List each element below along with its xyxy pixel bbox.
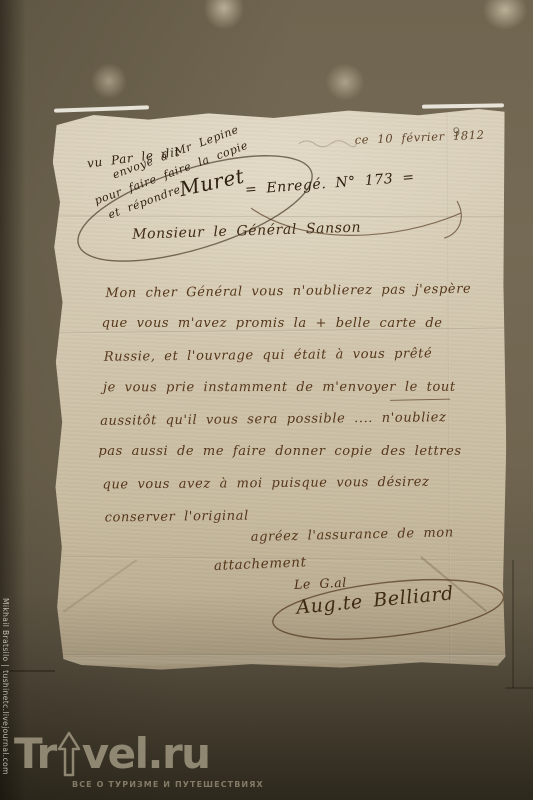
watermark-tagline: ВСЕ О ТУРИЗМЕ И ПУТЕШЕСТВИЯХ xyxy=(72,780,264,789)
watermark-brand: Trvel.ru xyxy=(14,731,264,777)
bokeh-light-2 xyxy=(474,0,533,38)
photo-credit-vertical: Mikhail Bratsilo | tushinetc.livejournal… xyxy=(1,598,10,775)
bokeh-light-4 xyxy=(318,56,372,108)
body-line: que vous m'avez promis la + belle carte … xyxy=(102,316,443,332)
travel-ru-watermark: Trvel.ru ВСЕ О ТУРИЗМЕ И ПУТЕШЕСТВИЯХ xyxy=(14,731,264,789)
letter-paper: 9 ce 10 février 1812 vu Par le dit envoy… xyxy=(49,105,508,673)
body-line: je vous prie instamment de m'envoyer le … xyxy=(103,380,456,396)
mount-line-right-vertical xyxy=(512,560,514,688)
corner-crease-left xyxy=(63,559,138,613)
date-line: ce 10 février 1812 xyxy=(354,129,484,148)
body-line: aussitôt qu'il vous sera possible .... n… xyxy=(100,410,446,429)
body-line: conserver l'original xyxy=(105,509,249,527)
torn-edge-highlight-right xyxy=(422,103,504,108)
body-line: que vous avez à moi puisque vous désirez xyxy=(102,475,429,493)
body-underline xyxy=(390,399,450,401)
body-line: Mon cher Général vous n'oublierez pas j'… xyxy=(105,282,471,302)
bottom-fold-highlight xyxy=(51,655,507,665)
mount-shadow-line-right xyxy=(505,687,533,689)
signature-flourish xyxy=(267,567,509,648)
watermark-brand-post: vel.ru xyxy=(82,729,210,778)
watermark-brand-pre: Tr xyxy=(14,729,56,778)
body-line: pas aussi de me faire donner copie des l… xyxy=(98,444,461,460)
torn-edge-highlight-left xyxy=(54,105,149,112)
up-arrow-icon xyxy=(57,731,81,777)
body-line: Russie, et l'ouvrage qui était à vous pr… xyxy=(104,346,433,365)
photo-background: 9 ce 10 février 1812 vu Par le dit envoy… xyxy=(0,0,533,800)
bokeh-light-3 xyxy=(84,56,134,106)
closing-line-1: agréez l'assurance de mon xyxy=(251,525,454,545)
bokeh-light-1 xyxy=(196,0,252,38)
